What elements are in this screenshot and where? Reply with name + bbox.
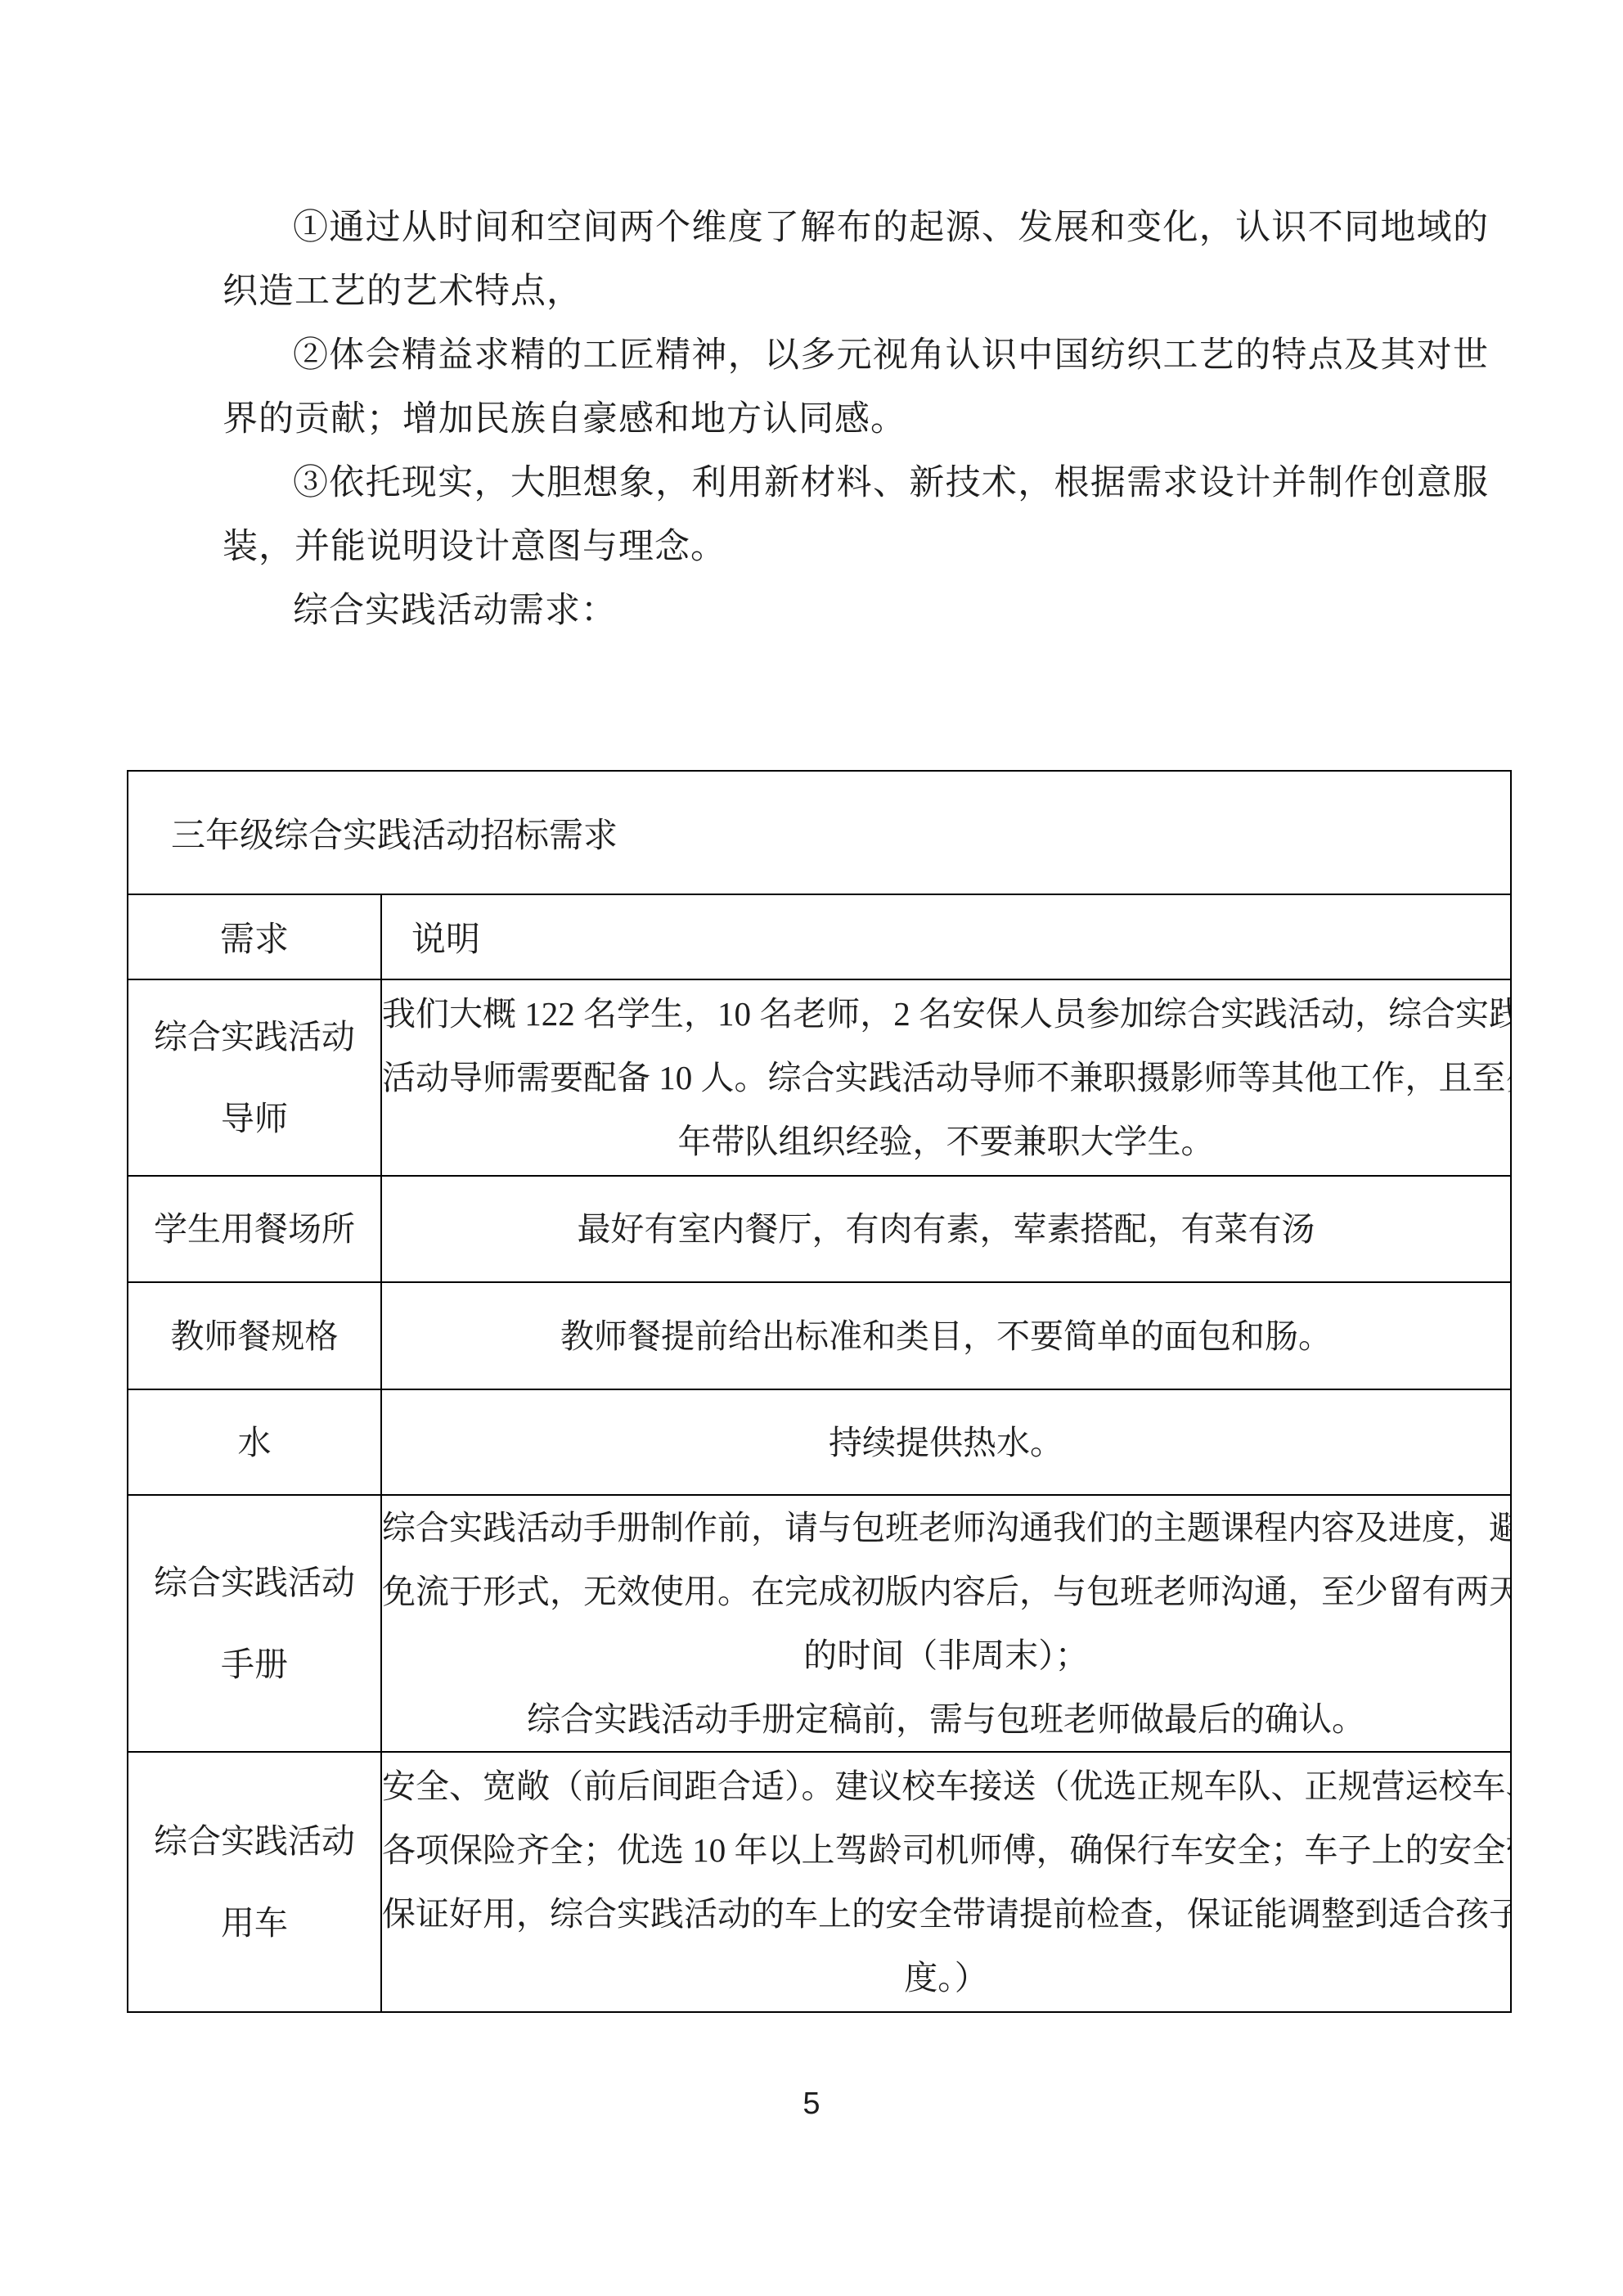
description-line: 安全、宽敞（前后间距合适）。建议校车接送（优选正规车队、正规营运校车、 bbox=[382, 1754, 1510, 1818]
description-line: 综合实践活动手册制作前，请与包班老师沟通我们的主题课程内容及进度，避 bbox=[382, 1496, 1510, 1560]
requirement-line: 综合实践活动 bbox=[128, 1542, 380, 1623]
requirement-line: 水 bbox=[128, 1402, 380, 1483]
table-row: 综合实践活动导师我们大概 122 名学生，10 名老师，2 名安保人员参加综合实… bbox=[128, 979, 1511, 1176]
description-line: 年带队组织经验，不要兼职大学生。 bbox=[382, 1110, 1510, 1173]
document-page: ①通过从时间和空间两个维度了解布的起源、发展和变化，认识不同地域的织造工艺的艺术… bbox=[0, 0, 1623, 2296]
requirement-line: 用车 bbox=[128, 1882, 380, 1964]
description-line: 度。） bbox=[382, 1946, 1510, 2010]
description-line: 持续提供热水。 bbox=[382, 1411, 1510, 1474]
requirement-line: 综合实践活动 bbox=[128, 1800, 380, 1882]
requirement-cell: 综合实践活动手册 bbox=[128, 1495, 381, 1752]
table-row: 学生用餐场所最好有室内餐厅，有肉有素，荤素搭配，有菜有汤 bbox=[128, 1176, 1511, 1282]
description-cell: 最好有室内餐厅，有肉有素，荤素搭配，有菜有汤 bbox=[381, 1176, 1511, 1282]
description-line: 各项保险齐全；优选 10 年以上驾龄司机师傅，确保行车安全；车子上的安全带要 bbox=[382, 1818, 1510, 1882]
paragraph: 综合实践活动需求： bbox=[223, 579, 1489, 643]
table-row: 教师餐规格教师餐提前给出标准和类目，不要简单的面包和肠。 bbox=[128, 1282, 1511, 1389]
requirement-line: 教师餐规格 bbox=[128, 1295, 380, 1377]
paragraph: ②体会精益求精的工匠精神，以多元视角认识中国纺织工艺的特点及其对世界的贡献；增加… bbox=[223, 324, 1489, 452]
description-line: 免流于形式，无效使用。在完成初版内容后，与包班老师沟通，至少留有两天修改 bbox=[382, 1560, 1510, 1623]
requirements-table-body: 三年级综合实践活动招标需求 需求 说明 综合实践活动导师我们大概 122 名学生… bbox=[128, 771, 1511, 2012]
col-header-description: 说明 bbox=[381, 894, 1511, 979]
requirement-line: 导师 bbox=[128, 1078, 380, 1159]
description-line: 活动导师需要配备 10 人。综合实践活动导师不兼职摄影师等其他工作，且至少 2 bbox=[382, 1046, 1510, 1110]
requirement-cell: 教师餐规格 bbox=[128, 1282, 381, 1389]
description-cell: 持续提供热水。 bbox=[381, 1389, 1511, 1495]
paragraph: ③依托现实，大胆想象，利用新材料、新技术，根据需求设计并制作创意服装，并能说明设… bbox=[223, 452, 1489, 579]
col-header-requirement: 需求 bbox=[128, 894, 381, 979]
requirement-line: 手册 bbox=[128, 1623, 380, 1705]
table-title-row: 三年级综合实践活动招标需求 bbox=[128, 771, 1511, 894]
paragraph: ①通过从时间和空间两个维度了解布的起源、发展和变化，认识不同地域的织造工艺的艺术… bbox=[223, 196, 1489, 324]
description-cell: 教师餐提前给出标准和类目，不要简单的面包和肠。 bbox=[381, 1282, 1511, 1389]
description-line: 综合实践活动手册定稿前，需与包班老师做最后的确认。 bbox=[382, 1687, 1510, 1751]
description-cell: 综合实践活动手册制作前，请与包班老师沟通我们的主题课程内容及进度，避免流于形式，… bbox=[381, 1495, 1511, 1752]
table-row: 综合实践活动用车安全、宽敞（前后间距合适）。建议校车接送（优选正规车队、正规营运… bbox=[128, 1752, 1511, 2012]
requirement-cell: 水 bbox=[128, 1389, 381, 1495]
table-row: 水持续提供热水。 bbox=[128, 1389, 1511, 1495]
table-title: 三年级综合实践活动招标需求 bbox=[128, 771, 1511, 894]
requirements-table: 三年级综合实践活动招标需求 需求 说明 综合实践活动导师我们大概 122 名学生… bbox=[127, 770, 1512, 2013]
requirement-line: 综合实践活动 bbox=[128, 996, 380, 1078]
table-row: 综合实践活动手册综合实践活动手册制作前，请与包班老师沟通我们的主题课程内容及进度… bbox=[128, 1495, 1511, 1752]
description-line: 的时间（非周末）； bbox=[382, 1623, 1510, 1687]
description-cell: 我们大概 122 名学生，10 名老师，2 名安保人员参加综合实践活动，综合实践… bbox=[381, 979, 1511, 1176]
requirement-cell: 综合实践活动导师 bbox=[128, 979, 381, 1176]
requirement-line: 学生用餐场所 bbox=[128, 1188, 380, 1270]
page-number: 5 bbox=[0, 2087, 1623, 2122]
description-line: 保证好用，综合实践活动的车上的安全带请提前检查，保证能调整到适合孩子的长 bbox=[382, 1882, 1510, 1946]
table-header-row: 需求 说明 bbox=[128, 894, 1511, 979]
requirement-cell: 学生用餐场所 bbox=[128, 1176, 381, 1282]
description-line: 我们大概 122 名学生，10 名老师，2 名安保人员参加综合实践活动，综合实践 bbox=[382, 982, 1510, 1046]
description-line: 最好有室内餐厅，有肉有素，荤素搭配，有菜有汤 bbox=[382, 1197, 1510, 1261]
description-line: 教师餐提前给出标准和类目，不要简单的面包和肠。 bbox=[382, 1304, 1510, 1368]
description-cell: 安全、宽敞（前后间距合适）。建议校车接送（优选正规车队、正规营运校车、各项保险齐… bbox=[381, 1752, 1511, 2012]
intro-paragraphs: ①通过从时间和空间两个维度了解布的起源、发展和变化，认识不同地域的织造工艺的艺术… bbox=[223, 196, 1489, 643]
requirement-cell: 综合实践活动用车 bbox=[128, 1752, 381, 2012]
